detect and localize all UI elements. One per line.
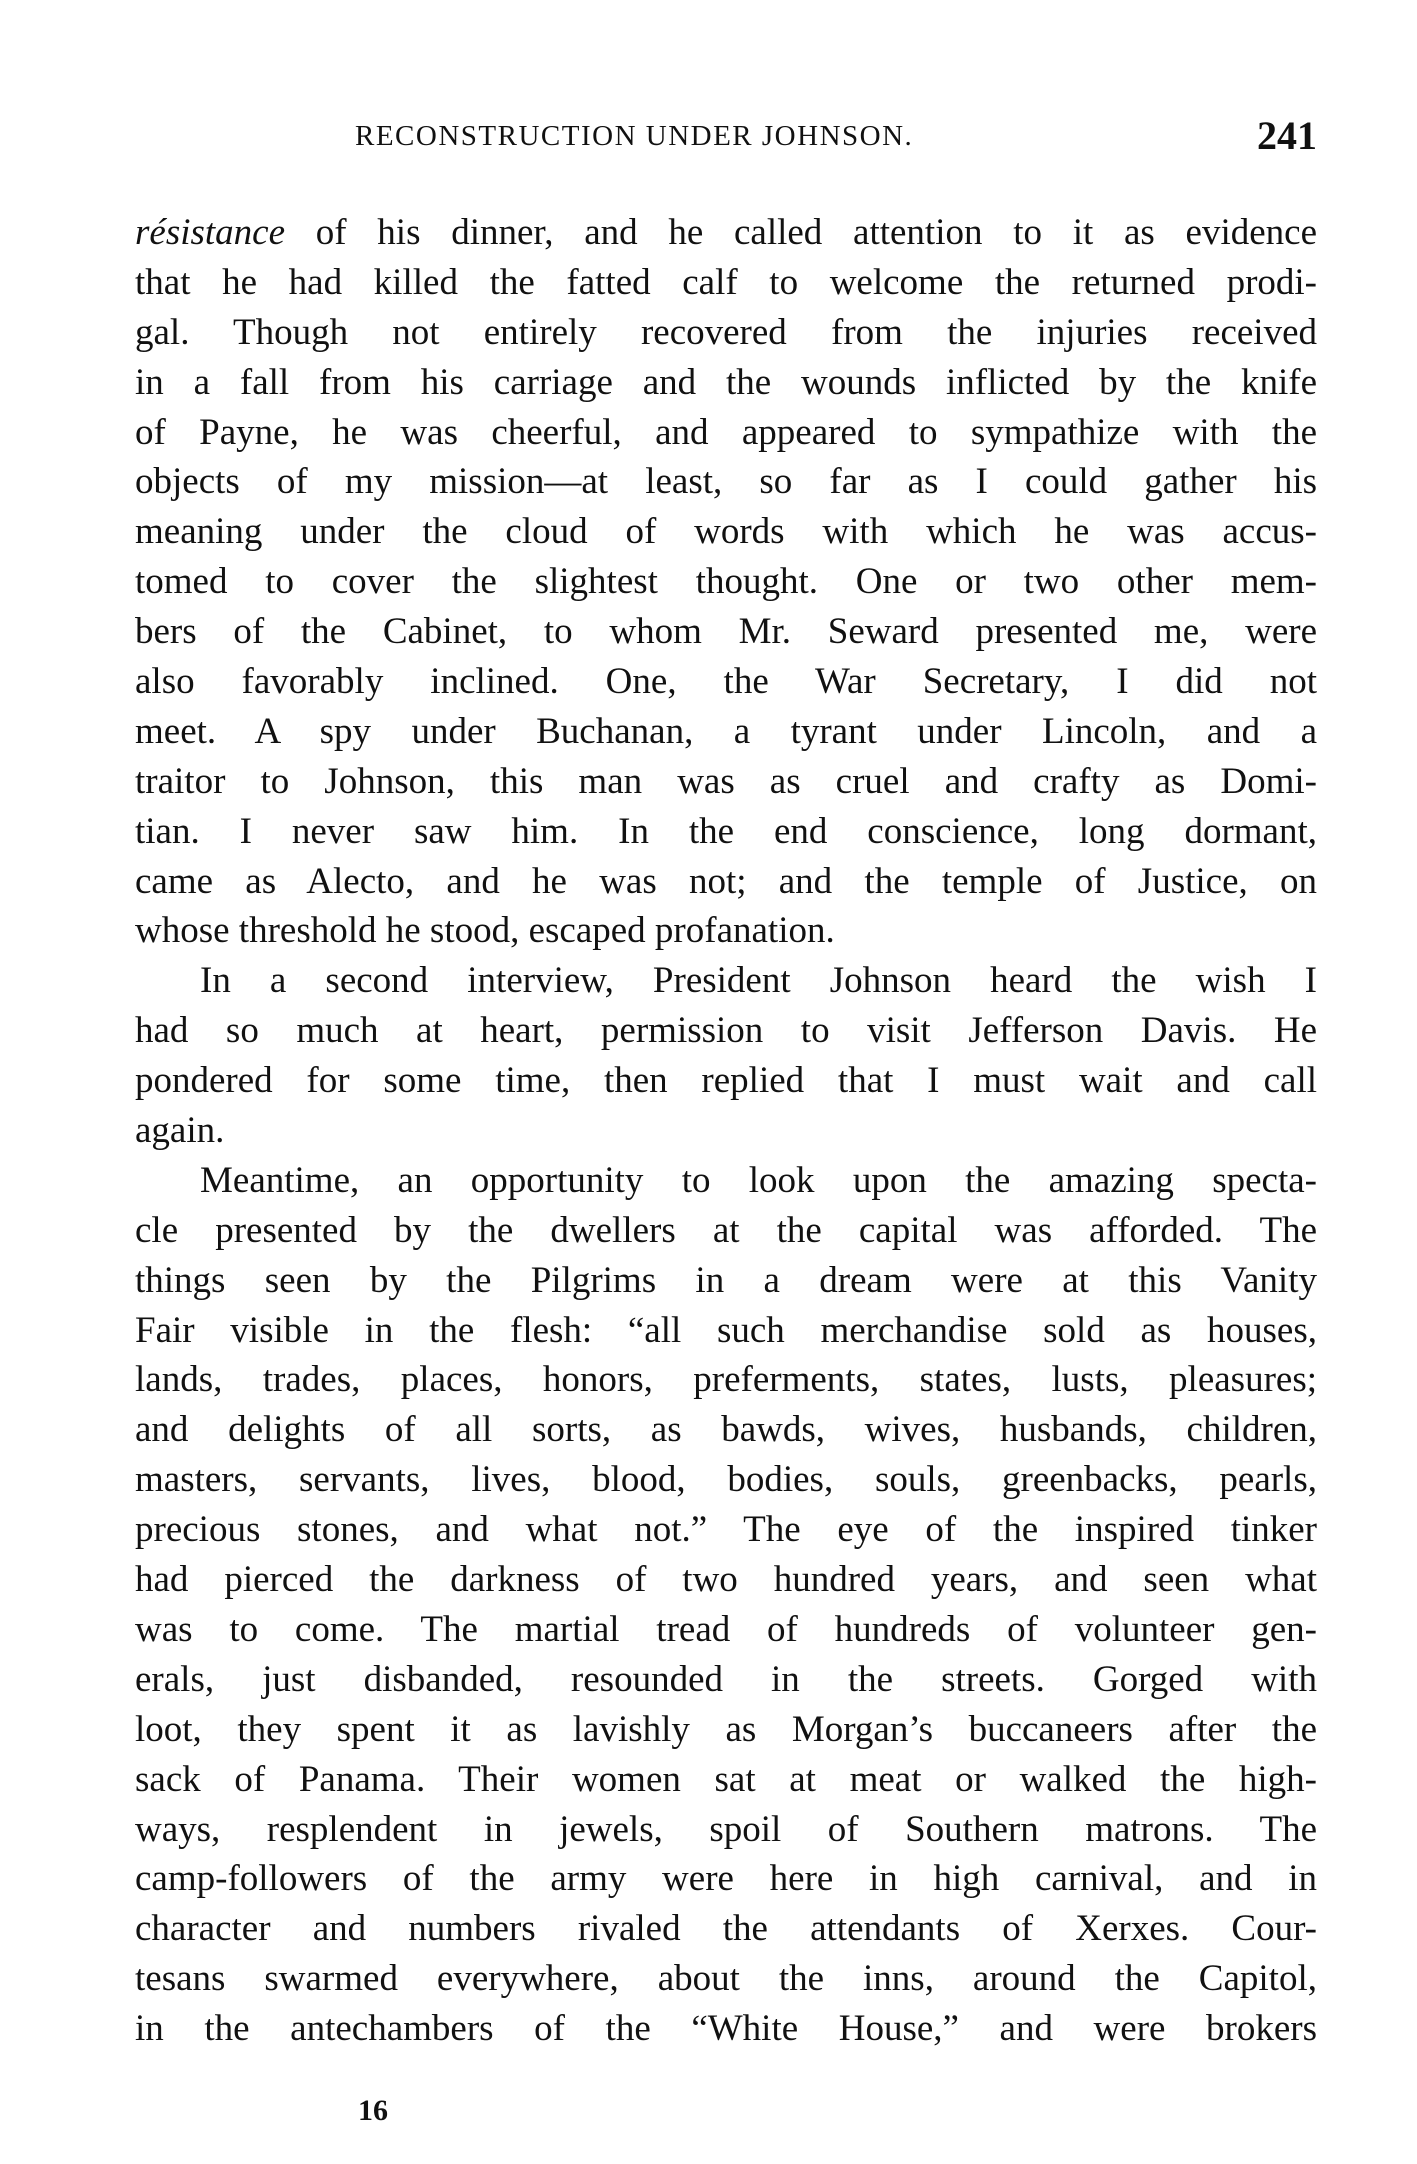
page-number: 241: [1257, 112, 1317, 159]
body-text: résistance of his dinner, and he called …: [135, 208, 1317, 2054]
text-line: pondered for some time, then replied tha…: [135, 1056, 1317, 1106]
text-line: masters, servants, lives, blood, bodies,…: [135, 1455, 1317, 1505]
signature-mark: 16: [358, 2094, 388, 2128]
text-line: in the antechambers of the “White House,…: [135, 2004, 1317, 2054]
text-line: gal. Though not entirely recovered from …: [135, 308, 1317, 358]
text-line: lands, trades, places, honors, prefermen…: [135, 1355, 1317, 1405]
text-line: erals, just disbanded, resounded in the …: [135, 1655, 1317, 1705]
text-line: precious stones, and what not.” The eye …: [135, 1505, 1317, 1555]
running-head: RECONSTRUCTION UNDER JOHNSON.: [355, 120, 913, 153]
text-line: came as Alecto, and he was not; and the …: [135, 857, 1317, 907]
text-line: sack of Panama. Their women sat at meat …: [135, 1755, 1317, 1805]
text-line: résistance of his dinner, and he called …: [135, 208, 1317, 258]
text-line: objects of my mission—at least, so far a…: [135, 457, 1317, 507]
text-line: and delights of all sorts, as bawds, wiv…: [135, 1405, 1317, 1455]
italic-word: résistance: [135, 212, 285, 253]
text-line: tomed to cover the slightest thought. On…: [135, 557, 1317, 607]
text-line: also favorably inclined. One, the War Se…: [135, 657, 1317, 707]
text-line: again.: [135, 1106, 1317, 1156]
text-line: of Payne, he was cheerful, and appeared …: [135, 408, 1317, 458]
text-line: tian. I never saw him. In the end consci…: [135, 807, 1317, 857]
text-line: Fair visible in the flesh: “all such mer…: [135, 1306, 1317, 1356]
text-line: character and numbers rivaled the attend…: [135, 1904, 1317, 1954]
text-line: things seen by the Pilgrims in a dream w…: [135, 1256, 1317, 1306]
text-line: bers of the Cabinet, to whom Mr. Seward …: [135, 607, 1317, 657]
text-line: traitor to Johnson, this man was as crue…: [135, 757, 1317, 807]
page-header: RECONSTRUCTION UNDER JOHNSON. 241: [135, 112, 1317, 162]
text-line: had pierced the darkness of two hundred …: [135, 1555, 1317, 1605]
text-line: loot, they spent it as lavishly as Morga…: [135, 1705, 1317, 1755]
text-line: camp-followers of the army were here in …: [135, 1854, 1317, 1904]
text-line: tesans swarmed everywhere, about the inn…: [135, 1954, 1317, 2004]
paragraph-start-line: In a second interview, President Johnson…: [135, 956, 1317, 1006]
text-line: cle presented by the dwellers at the cap…: [135, 1206, 1317, 1256]
text-line: in a fall from his carriage and the woun…: [135, 358, 1317, 408]
text-line: ways, resplendent in jewels, spoil of So…: [135, 1805, 1317, 1855]
text-line: whose threshold he stood, escaped profan…: [135, 906, 1317, 956]
text-line: had so much at heart, permission to visi…: [135, 1006, 1317, 1056]
text-line: was to come. The martial tread of hundre…: [135, 1605, 1317, 1655]
text-line: meet. A spy under Buchanan, a tyrant und…: [135, 707, 1317, 757]
text-line: meaning under the cloud of words with wh…: [135, 507, 1317, 557]
text-line: that he had killed the fatted calf to we…: [135, 258, 1317, 308]
paragraph-start-line: Meantime, an opportunity to look upon th…: [135, 1156, 1317, 1206]
